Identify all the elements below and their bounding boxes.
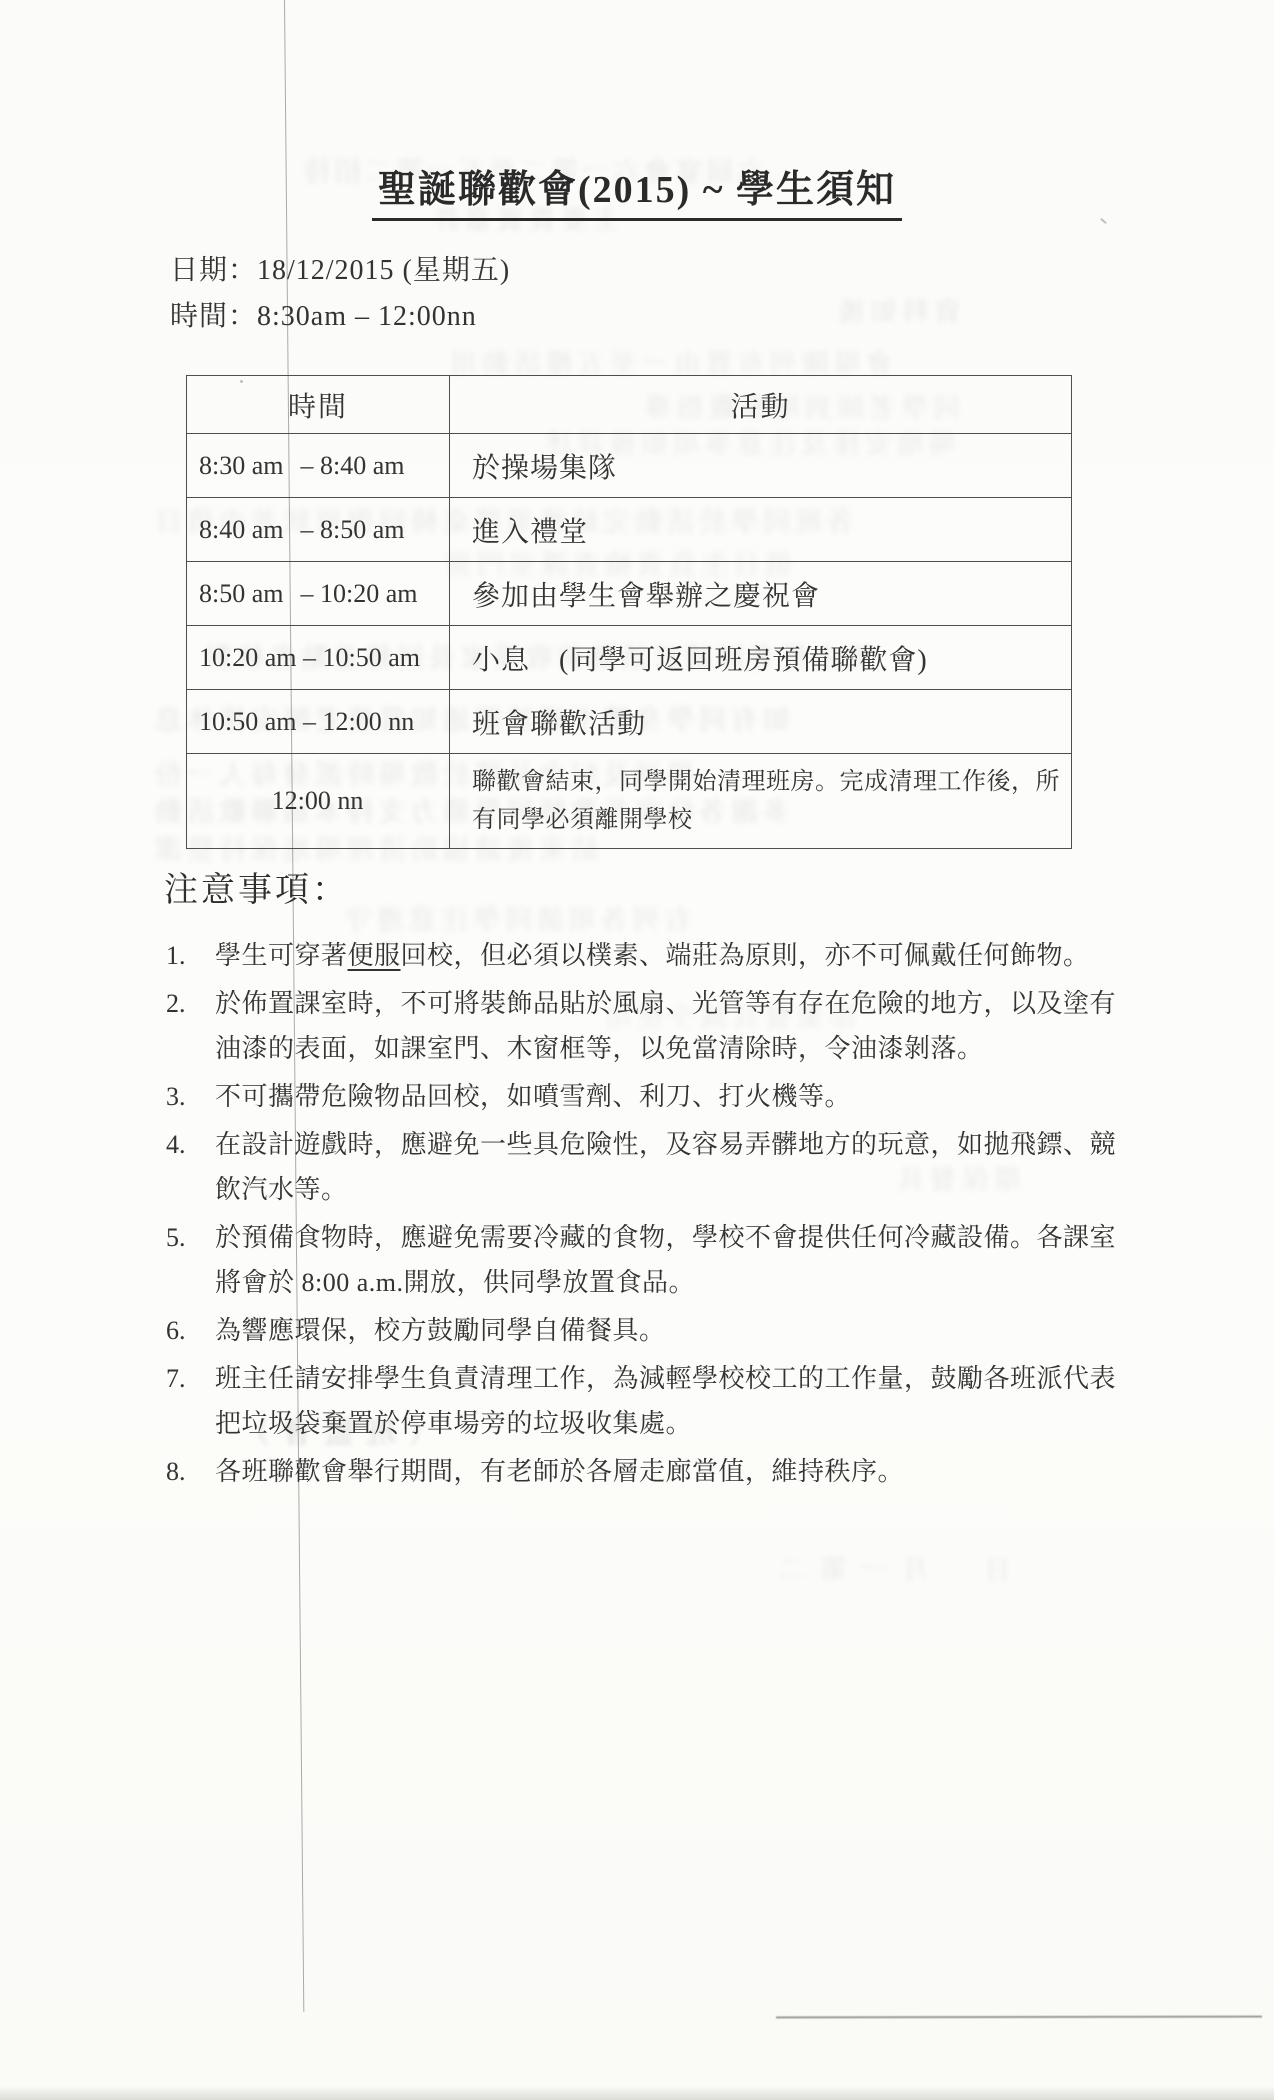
underlined-word: 便服 — [348, 941, 401, 970]
date-line: 日期：18/12/2015 (星期五) — [170, 248, 510, 288]
note-number: 5. — [166, 1215, 215, 1305]
title-row: 聖誕聯歡會(2015) ~ 學生須知 — [0, 158, 1274, 221]
page-title: 聖誕聯歡會(2015) ~ 學生須知 — [372, 158, 902, 221]
activity-cell: 進入禮堂 — [450, 498, 1072, 562]
table-row: 10:20 am – 10:50 am 小息 (同學可返回班房預備聯歡會) — [187, 626, 1072, 690]
time-cell: 10:50 am – 12:00 nn — [187, 690, 450, 754]
schedule-table: 時間 活動 8:30 am – 8:40 am 於操場集隊 8:40 am – … — [186, 375, 1072, 849]
time-start: 8:30 am — [199, 451, 294, 481]
time-cell: 8:50 am – 10:20 am — [187, 562, 450, 626]
note-text: 於預備食物時，應避免需要冷藏的食物，學校不會提供任何冷藏設備。各課室將會於 8:… — [215, 1215, 1127, 1305]
activity-cell: 小息 (同學可返回班房預備聯歡會) — [450, 626, 1072, 690]
time-end: – 10:20 am — [301, 579, 418, 608]
time-start: 10:50 am — [199, 707, 297, 737]
note-item: 5. 於預備食物時，應避免需要冷藏的食物，學校不會提供任何冷藏設備。各課室將會於… — [166, 1215, 1146, 1305]
activity-cell: 聯歡會結束，同學開始清理班房。完成清理工作後，所有同學必須離開學校 — [450, 754, 1072, 849]
table-header-row: 時間 活動 — [187, 376, 1072, 434]
note-text: 為響應環保，校方鼓勵同學自備餐具。 — [215, 1308, 1127, 1353]
note-text: 於佈置課室時，不可將裝飾品貼於風扇、光管等有存在危險的地方，以及塗有油漆的表面，… — [215, 981, 1127, 1071]
time-cell: 10:20 am – 10:50 am — [187, 626, 450, 690]
note-text: 在設計遊戲時，應避免一些具危險性，及容易弄髒地方的玩意，如拋飛鏢、競飲汽水等。 — [215, 1122, 1127, 1212]
note-text-segment: 回校，但必須以樸素、端莊為原則，亦不可佩戴任何飾物。 — [401, 941, 1090, 970]
time-start: 8:40 am — [199, 515, 294, 545]
time-start: 8:50 am — [199, 579, 294, 609]
time-start: 10:20 am — [199, 643, 297, 673]
table-row: 10:50 am – 12:00 nn 班會聯歡活動 — [187, 690, 1072, 754]
table-header-activity: 活動 — [450, 376, 1072, 434]
note-number: 2. — [166, 981, 215, 1071]
table-row: 8:40 am – 8:50 am 進入禮堂 — [187, 498, 1072, 562]
bleedthrough-text: 日 月一第二 — [765, 1548, 1011, 1587]
note-item: 1. 學生可穿著便服回校，但必須以樸素、端莊為原則，亦不可佩戴任何飾物。 — [166, 933, 1146, 978]
time-cell: 8:30 am – 8:40 am — [187, 434, 450, 498]
note-text: 班主任請安排學生負責清理工作，為減輕學校校工的工作量，鼓勵各班派代表把垃圾袋棄置… — [215, 1356, 1127, 1446]
bleedthrough-text: 右列各項請同學注意遵守 — [340, 898, 692, 937]
time-cell: 12:00 nn — [187, 754, 450, 849]
document-page: 六屆宴會六一第二至五一第二招待 主要貴賓嘉許 資料如後 會場陳列布置由一至五樓活… — [0, 0, 1274, 2100]
notes-heading: 注意事項： — [164, 862, 349, 911]
table-header-time: 時間 — [187, 376, 450, 434]
time-end: – 12:00 nn — [303, 707, 414, 736]
note-item: 3. 不可攜帶危險物品回校，如噴雪劑、利刀、打火機等。 — [166, 1074, 1146, 1119]
note-number: 8. — [166, 1449, 215, 1494]
note-text-segment: 學生可穿著 — [215, 941, 348, 970]
time-end: – 8:40 am — [301, 451, 405, 480]
activity-cell: 參加由學生會舉辦之慶祝會 — [450, 562, 1072, 626]
note-item: 8. 各班聯歡會舉行期間，有老師於各層走廊當值，維持秩序。 — [166, 1449, 1146, 1494]
note-text: 不可攜帶危險物品回校，如噴雪劑、利刀、打火機等。 — [215, 1074, 1127, 1119]
table-row: 8:50 am – 10:20 am 參加由學生會舉辦之慶祝會 — [187, 562, 1072, 626]
time-cell: 8:40 am – 8:50 am — [187, 498, 450, 562]
bleedthrough-text: 資料如後 — [833, 290, 961, 329]
note-text: 學生可穿著便服回校，但必須以樸素、端莊為原則，亦不可佩戴任何飾物。 — [215, 933, 1127, 978]
note-item: 6. 為響應環保，校方鼓勵同學自備餐具。 — [166, 1308, 1146, 1353]
note-number: 3. — [166, 1074, 215, 1119]
notes-list: 1. 學生可穿著便服回校，但必須以樸素、端莊為原則，亦不可佩戴任何飾物。 2. … — [166, 933, 1146, 1497]
note-number: 6. — [166, 1308, 215, 1353]
activity-cell: 於操場集隊 — [450, 434, 1072, 498]
note-number: 1. — [166, 933, 215, 978]
note-item: 7. 班主任請安排學生負責清理工作，為減輕學校校工的工作量，鼓勵各班派代表把垃圾… — [166, 1356, 1146, 1446]
time-end: – 10:50 am — [303, 643, 420, 672]
note-item: 2. 於佈置課室時，不可將裝飾品貼於風扇、光管等有存在危險的地方，以及塗有油漆的… — [166, 981, 1146, 1071]
note-number: 4. — [166, 1122, 215, 1212]
table-row: 12:00 nn 聯歡會結束，同學開始清理班房。完成清理工作後，所有同學必須離開… — [187, 754, 1072, 849]
note-number: 7. — [166, 1356, 215, 1446]
activity-cell: 班會聯歡活動 — [450, 690, 1072, 754]
table-row: 8:30 am – 8:40 am 於操場集隊 — [187, 434, 1072, 498]
scan-bottom-shadow — [0, 2086, 1274, 2100]
note-item: 4. 在設計遊戲時，應避免一些具危險性，及容易弄髒地方的玩意，如拋飛鏢、競飲汽水… — [166, 1122, 1146, 1212]
scan-page-edge-line — [776, 2016, 1262, 2019]
time-line: 時間：8:30am – 12:00nn — [170, 294, 477, 334]
note-text: 各班聯歡會舉行期間，有老師於各層走廊當值，維持秩序。 — [215, 1449, 1127, 1494]
time-end: – 8:50 am — [301, 515, 405, 544]
